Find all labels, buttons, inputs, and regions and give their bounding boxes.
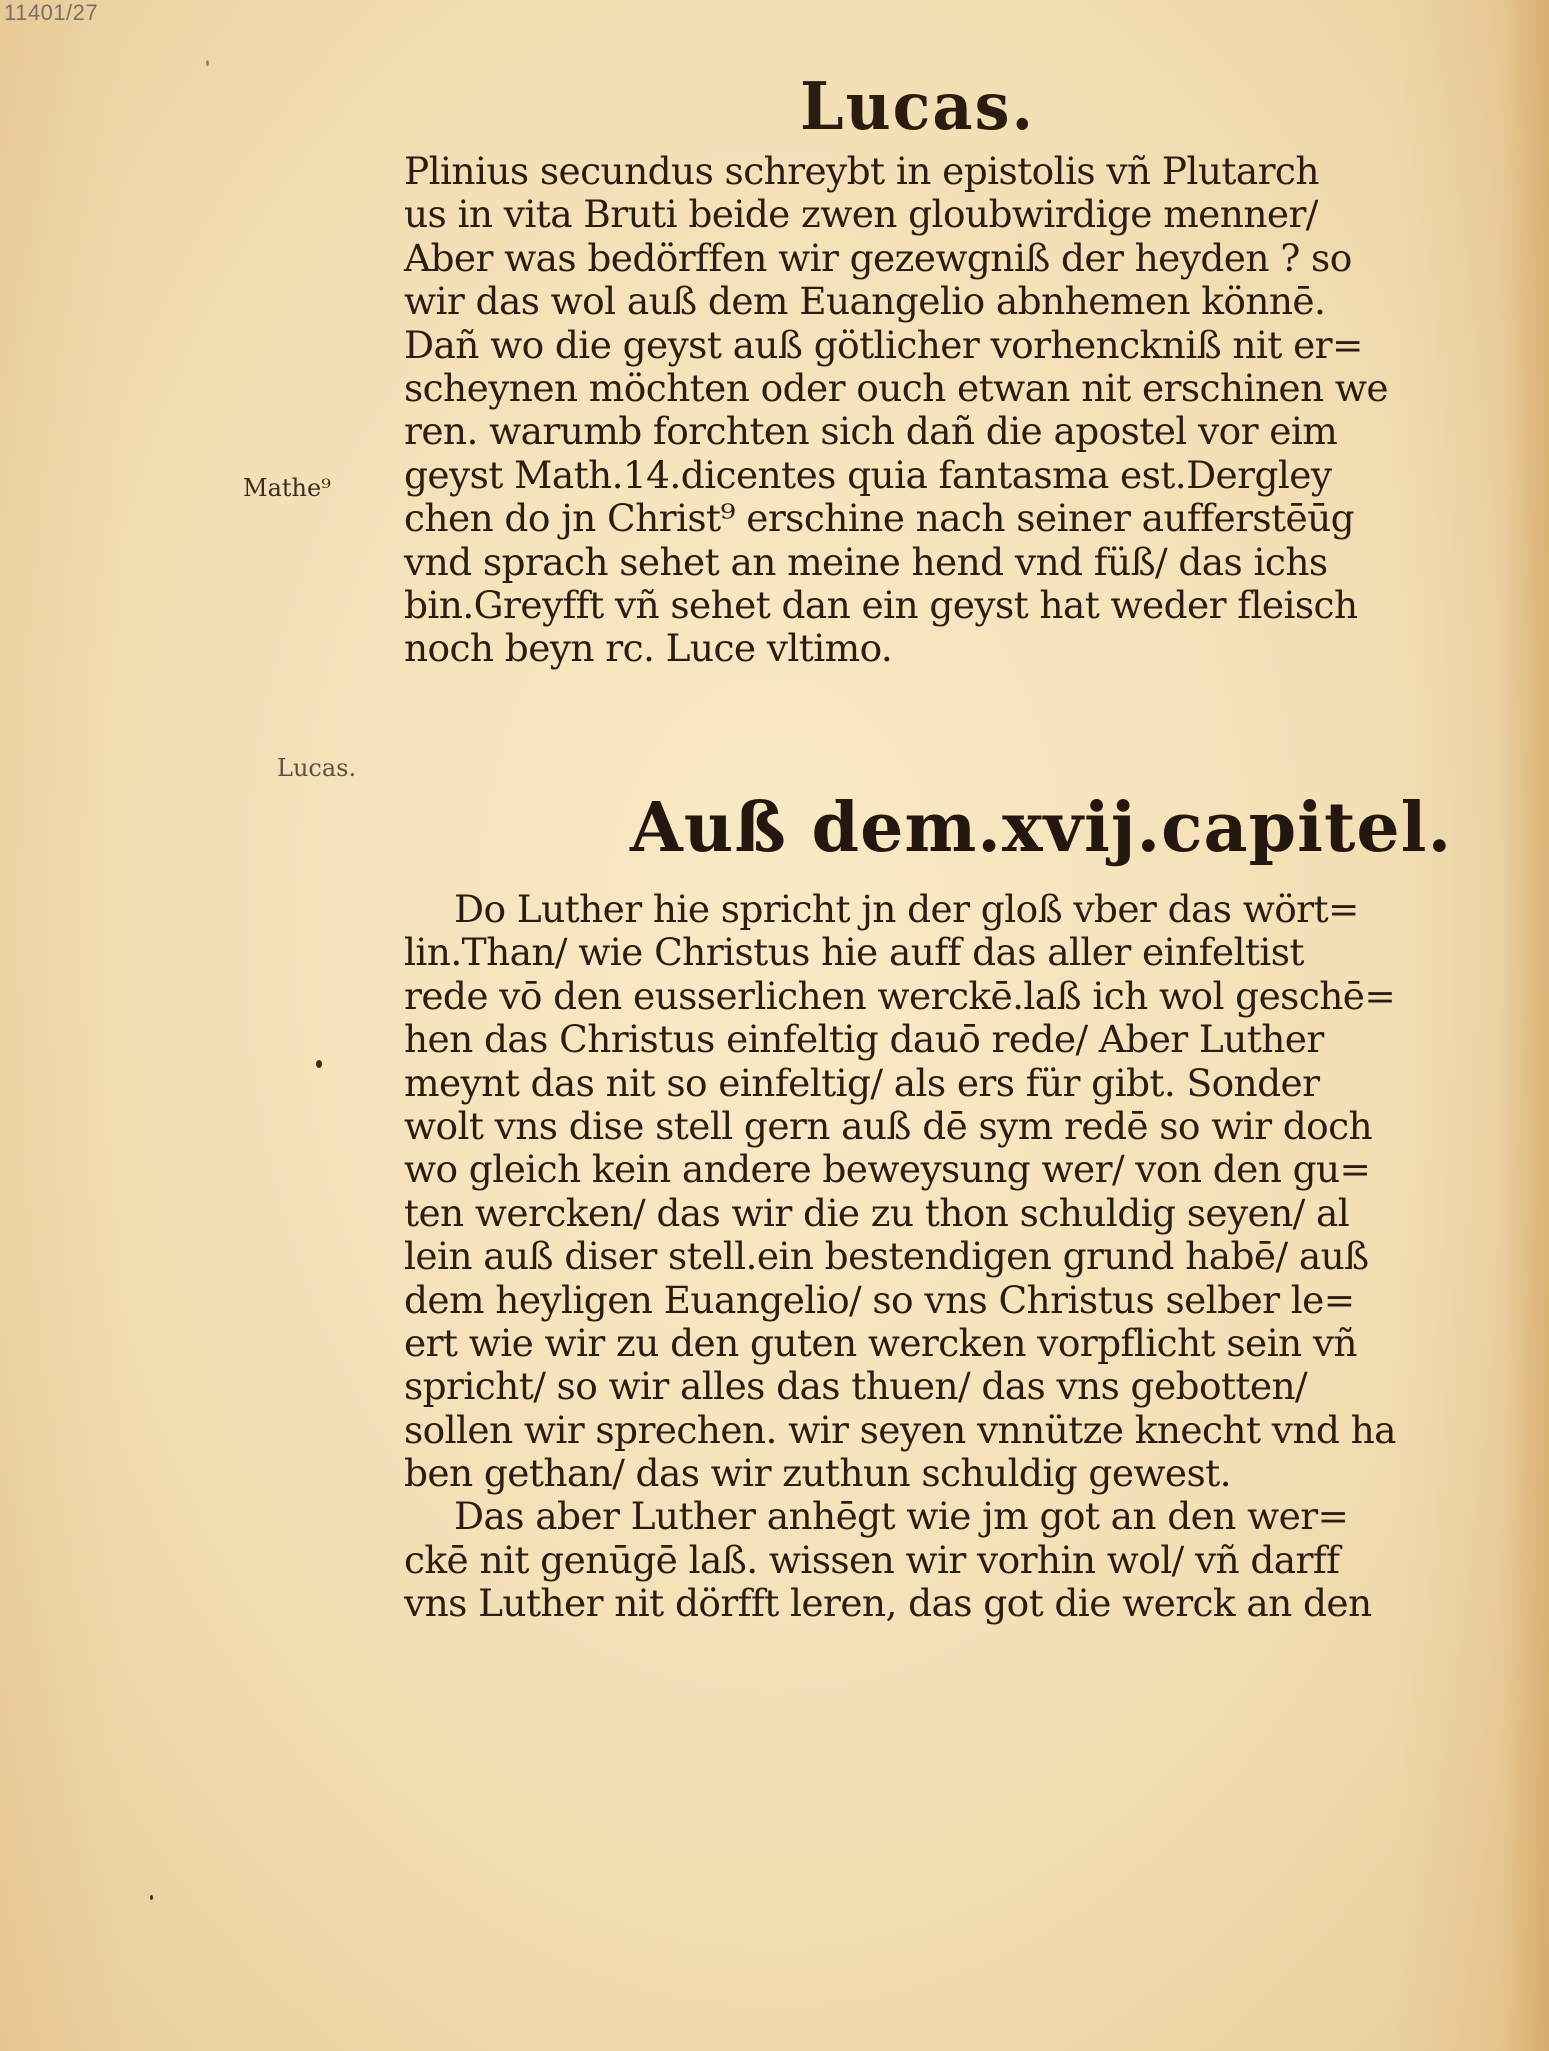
ink-speck: [206, 60, 209, 66]
text-line: wo gleich kein andere beweysung wer/ von…: [404, 1148, 1479, 1191]
text-section-1: Plinius secundus schreybt in epistolis v…: [404, 150, 1479, 671]
text-line: Aber was bedörffen wir gezewgniß der hey…: [404, 237, 1479, 280]
text-line: bin.Greyfft vñ sehet dan ein geyst hat w…: [404, 584, 1479, 627]
text-section-2: Do Luther hie spricht jn der gloß vber d…: [404, 888, 1479, 1626]
running-head: Lucas.: [800, 68, 1040, 145]
shelfmark-label: 11401/27: [4, 0, 98, 26]
text-line: ckē nit genūgē laß. wissen wir vorhin wo…: [404, 1539, 1479, 1582]
text-line: lin.Than/ wie Christus hie auff das alle…: [404, 931, 1479, 974]
text-line: us in vita Bruti beide zwen gloubwirdige…: [404, 193, 1479, 236]
ink-speck: [316, 1060, 322, 1068]
text-line: lein auß diser stell.ein bestendigen gru…: [404, 1235, 1479, 1278]
text-line: sollen wir sprechen. wir seyen vnnütze k…: [404, 1409, 1479, 1452]
text-line: ert wie wir zu den guten wercken vorpfli…: [404, 1322, 1479, 1365]
text-line: chen do jn Christ⁹ erschine nach seiner …: [404, 497, 1479, 540]
marginal-note-matthew: Mathe⁹: [243, 474, 331, 502]
text-line: ten wercken/ das wir die zu thon schuldi…: [404, 1192, 1479, 1235]
text-line: ben gethan/ das wir zuthun schuldig gewe…: [404, 1452, 1479, 1495]
text-line: Do Luther hie spricht jn der gloß vber d…: [404, 888, 1479, 931]
text-line: rede vō den eusserlichen werckē.laß ich …: [404, 975, 1479, 1018]
text-line: geyst Math.14.dicentes quia fantasma est…: [404, 454, 1479, 497]
text-line: Das aber Luther anhēgt wie jm got an den…: [404, 1495, 1479, 1538]
text-line: noch beyn rc. Luce vltimo.: [404, 627, 1479, 670]
text-line: vnd sprach sehet an meine hend vnd füß/ …: [404, 541, 1479, 584]
text-line: dem heyligen Euangelio/ so vns Christus …: [404, 1279, 1479, 1322]
text-line: wolt vns dise stell gern auß dē sym redē…: [404, 1105, 1479, 1148]
text-line: Dañ wo die geyst auß götlicher vorhenckn…: [404, 324, 1479, 367]
page-edge-shading: [1501, 0, 1549, 2051]
text-line: Plinius secundus schreybt in epistolis v…: [404, 150, 1479, 193]
text-line: wir das wol auß dem Euangelio abnhemen k…: [404, 280, 1479, 323]
text-line: scheynen möchten oder ouch etwan nit ers…: [404, 367, 1479, 410]
text-line: hen das Christus einfeltig dauō rede/ Ab…: [404, 1018, 1479, 1061]
marginal-note-luke: Lucas.: [277, 754, 356, 782]
text-line: vns Luther nit dörfft leren, das got die…: [404, 1582, 1479, 1625]
ink-speck: [150, 1895, 153, 1900]
text-line: meynt das nit so einfeltig/ als ers für …: [404, 1062, 1479, 1105]
text-line: spricht/ so wir alles das thuen/ das vns…: [404, 1365, 1479, 1408]
text-line: ren. warumb forchten sich dañ die aposte…: [404, 410, 1479, 453]
chapter-heading: Auß dem.xvij.capitel.: [630, 788, 1452, 868]
